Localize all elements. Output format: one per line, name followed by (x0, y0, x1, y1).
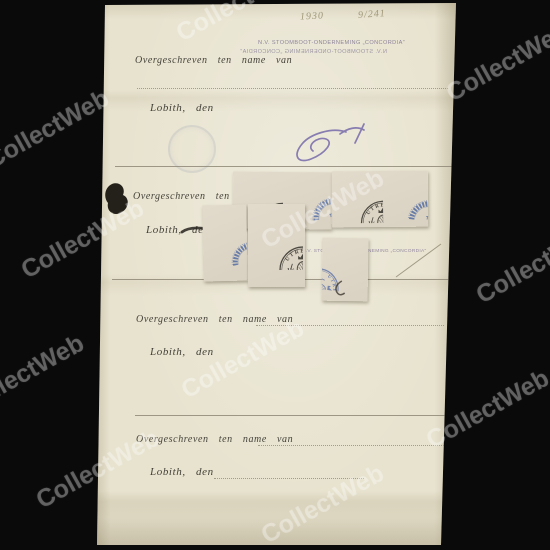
pencil-diagonal-line (394, 241, 444, 279)
stamp-fragment-d (248, 204, 305, 287)
fill-in-line (258, 444, 444, 446)
fill-in-line (137, 87, 448, 89)
section-divider (135, 415, 445, 416)
ink-blot (104, 181, 134, 221)
fill-in-line (214, 477, 364, 479)
photo-scene: UTRECHT 1½ C. (0, 0, 550, 550)
stamp-fragment-c (202, 205, 248, 282)
document-sheet: 1930 9/241 N.V. STOOMBOOT-ONDERNEMING „C… (96, 3, 456, 545)
watermark: CollectWeb (471, 219, 550, 310)
stamp-fragment-b (332, 171, 428, 228)
watermark: CollectWeb (0, 329, 89, 420)
watermark: CollectWeb (441, 17, 550, 108)
utrecht-revenue-stamp (250, 217, 303, 270)
place-date-label-1: Lobith, den (150, 102, 214, 114)
wreath-cancel-stamp (382, 171, 428, 221)
transfer-label-1: Overgeschreven ten name van (135, 55, 292, 66)
place-date-label-3: Lobith, den (150, 346, 214, 358)
place-date-label-4: Lobith, den (150, 466, 214, 478)
signature-scribble (282, 123, 374, 168)
watermark: CollectWeb (0, 84, 114, 175)
pencil-note-number: 9/241 (358, 8, 386, 21)
pen-hook-mark (332, 280, 348, 298)
company-rubber-stamp-line: N.V. STOOMBOOT-ONDERNEMING „CONCORDIA” (258, 40, 405, 46)
pencil-note-year: 1930 (300, 10, 325, 22)
fill-in-line (256, 324, 444, 326)
utrecht-revenue-stamp (333, 173, 383, 223)
wreath-cancel-stamp (202, 217, 248, 271)
stamp-fragment-e (322, 238, 369, 302)
